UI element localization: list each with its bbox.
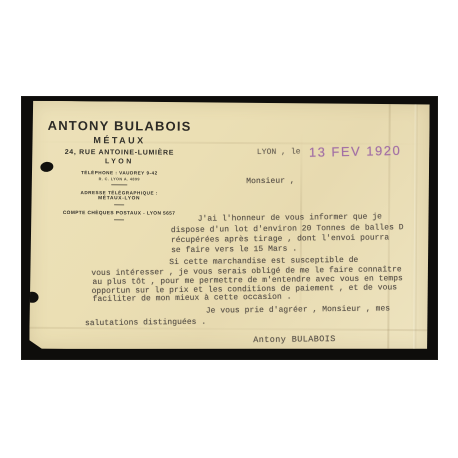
closing-line: Je vous prie d'agréer , Monsieur , mes: [206, 304, 390, 315]
date-place-typed: LYON , le: [257, 147, 301, 157]
body-line: récupérées après tirage , dont l'envoi p…: [171, 233, 389, 245]
date-stamp: 13 FEV 1920: [308, 143, 401, 160]
photo-frame: ANTONY BULABOIS MÉTAUX 24, RUE ANTOINE-L…: [22, 97, 437, 359]
typed-content: LYON , le 13 FEV 1920 Monsieur , J'ai l'…: [28, 100, 430, 353]
letter-paper: ANTONY BULABOIS MÉTAUX 24, RUE ANTOINE-L…: [29, 101, 430, 351]
signature: Antony BULABOIS: [253, 334, 336, 345]
body-line: J'ai l'honneur de vous informer que je: [198, 212, 382, 223]
body-line: se faire vers le 15 Mars .: [171, 245, 297, 256]
date-line: LYON , le 13 FEV 1920: [257, 143, 401, 160]
closing-line: salutations distinguées .: [85, 318, 206, 328]
salutation: Monsieur ,: [246, 177, 295, 187]
body-line: faciliter de mon mieux à cette occasion …: [93, 293, 292, 304]
